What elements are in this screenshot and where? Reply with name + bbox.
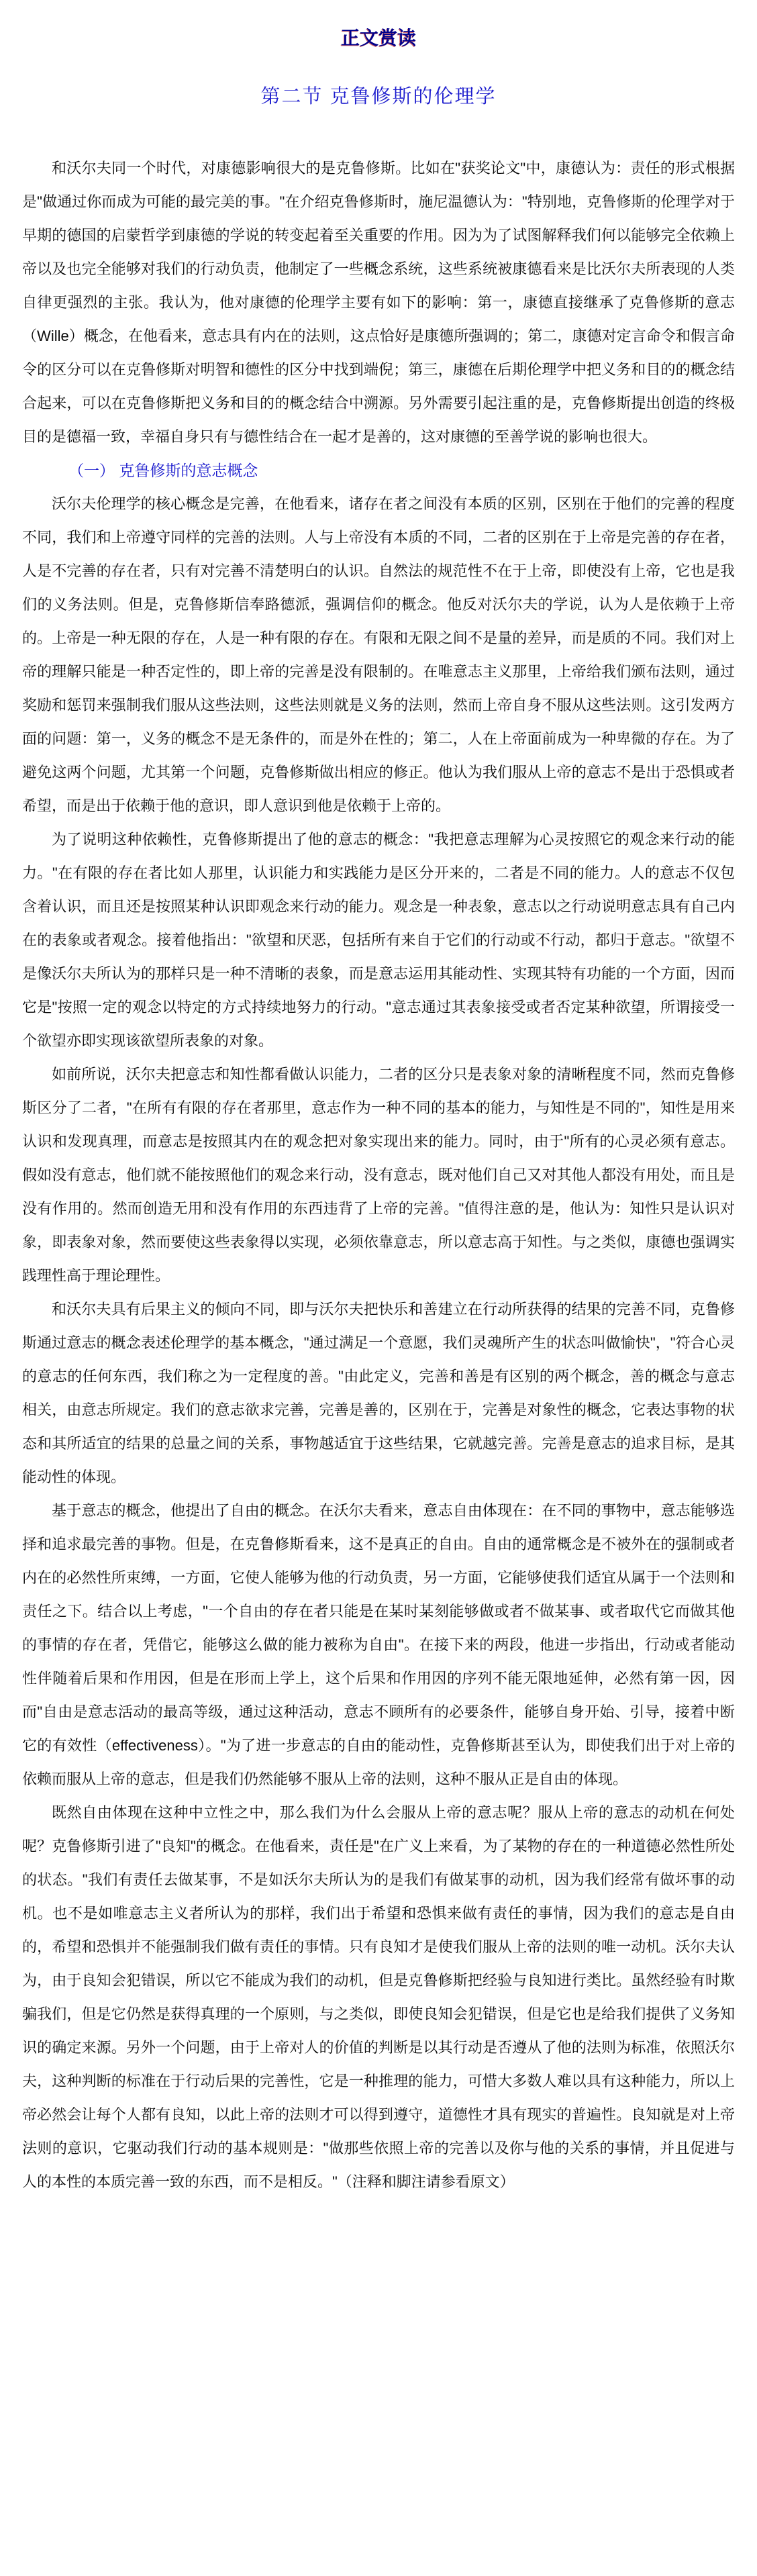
paragraph: 为了说明这种依赖性，克鲁修斯提出了他的意志的概念："我把意志理解为心灵按照它的观…	[22, 823, 735, 1058]
document-page: { "doc": { "title": "正文赏读", "subtitle": …	[0, 0, 757, 2576]
paragraph: 基于意志的概念，他提出了自由的概念。在沃尔夫看来，意志自由体现在：在不同的事物中…	[22, 1494, 735, 1796]
section-title: 第二节 克鲁修斯的伦理学	[22, 87, 735, 107]
paragraph: 如前所说，沃尔夫把意志和知性都看做认识能力，二者的区分只是表象对象的清晰程度不同…	[22, 1058, 735, 1293]
subsection-heading: （一） 克鲁修斯的意志概念	[22, 454, 735, 487]
article-content: 和沃尔夫同一个时代，对康德影响很大的是克鲁修斯。比如在"获奖论文"中，康德认为：…	[22, 152, 735, 2199]
paragraph: 和沃尔夫具有后果主义的倾向不同，即与沃尔夫把快乐和善建立在行动所获得的结果的完善…	[22, 1293, 735, 1494]
paragraph: 沃尔夫伦理学的核心概念是完善，在他看来，诸存在者之间没有本质的区别，区别在于他们…	[22, 487, 735, 823]
paragraph-intro: 和沃尔夫同一个时代，对康德影响很大的是克鲁修斯。比如在"获奖论文"中，康德认为：…	[22, 152, 735, 454]
paragraph: 既然自由体现在这种中立性之中，那么我们为什么会服从上帝的意志呢？服从上帝的意志的…	[22, 1796, 735, 2199]
document-body: 正文赏读 第二节 克鲁修斯的伦理学 和沃尔夫同一个时代，对康德影响很大的是克鲁修…	[0, 29, 757, 2199]
page-title: 正文赏读	[22, 29, 735, 48]
